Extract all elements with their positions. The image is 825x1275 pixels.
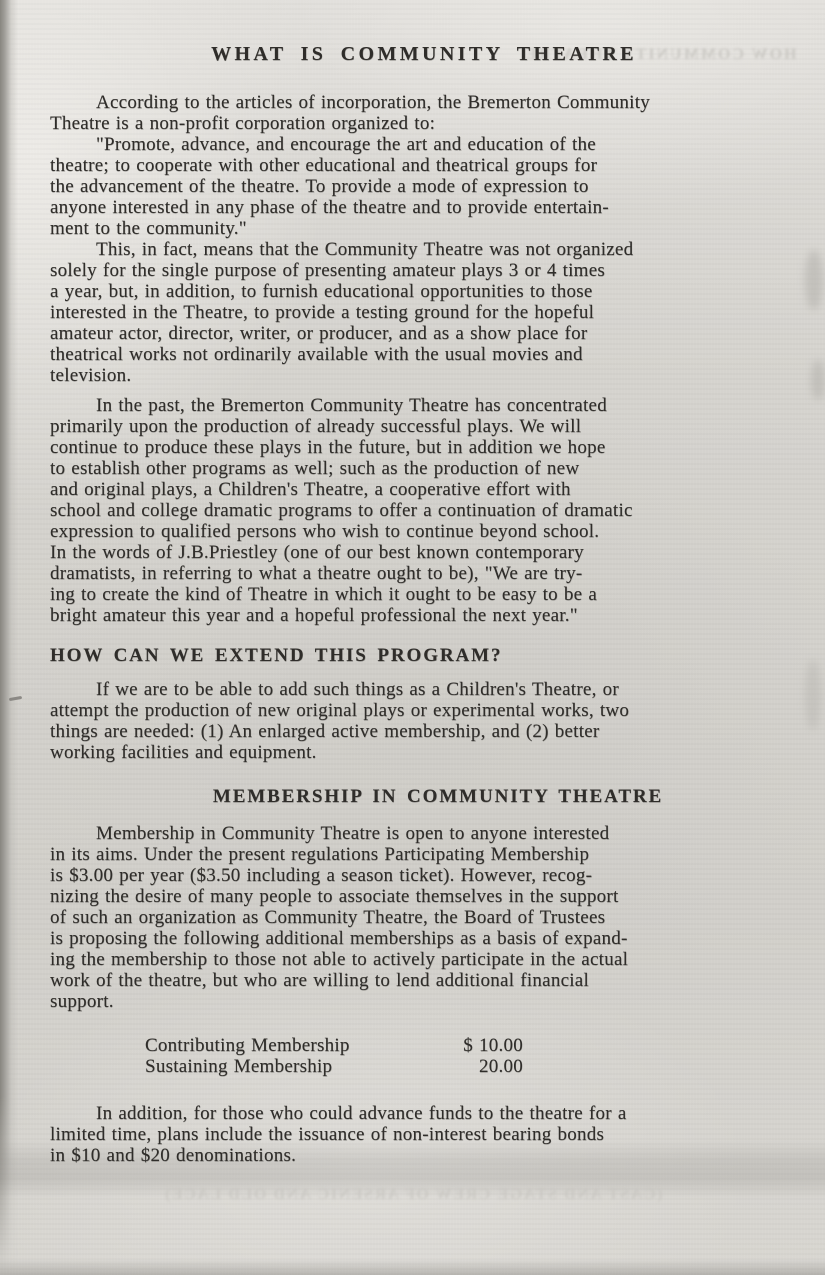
fee-amount: 20.00: [445, 1056, 523, 1077]
table-row-contributing: Contributing Membership $ 10.00: [145, 1035, 798, 1056]
paragraph-history: In the past, the Bremerton Community The…: [50, 395, 798, 626]
section-heading-extend-program: HOW CAN WE EXTEND THIS PROGRAM?: [50, 645, 798, 666]
page-title: WHAT IS COMMUNITY THEATRE: [50, 44, 798, 65]
fee-label: Contributing Membership: [145, 1035, 445, 1056]
paragraph-purpose: This, in fact, means that the Community …: [50, 239, 798, 386]
document-content: WHAT IS COMMUNITY THEATRE According to t…: [50, 44, 798, 1166]
fee-label: Sustaining Membership: [145, 1056, 445, 1077]
fee-amount: $ 10.00: [445, 1035, 523, 1056]
scan-smudge: [805, 250, 823, 310]
membership-fee-table: Contributing Membership $ 10.00 Sustaini…: [145, 1035, 798, 1077]
paragraph-incorporation: According to the articles of incorporati…: [50, 92, 798, 134]
scanned-document-page: HOW COMMUNITY THEATRE WHAT IS COMMUNITY …: [0, 0, 825, 1275]
paragraph-bonds: In addition, for those who could advance…: [50, 1103, 798, 1166]
scan-smudge: [805, 660, 821, 730]
section-heading-membership: MEMBERSHIP IN COMMUNITY THEATRE: [50, 786, 798, 807]
scan-edge-shadow: [0, 0, 18, 1275]
scan-bottom-shadow: [0, 1259, 825, 1275]
scan-smudge: [811, 360, 825, 400]
paragraph-extend-program: If we are to be able to add such things …: [50, 679, 798, 763]
paragraph-membership-info: Membership in Community Theatre is open …: [50, 823, 798, 1012]
table-row-sustaining: Sustaining Membership 20.00: [145, 1056, 798, 1077]
bleed-through-text-bottom: (CAST AND STAGE CREW OF ARSENIC AND OLD …: [163, 1186, 662, 1204]
paragraph-charter-quote: "Promote, advance, and encourage the art…: [50, 134, 798, 239]
